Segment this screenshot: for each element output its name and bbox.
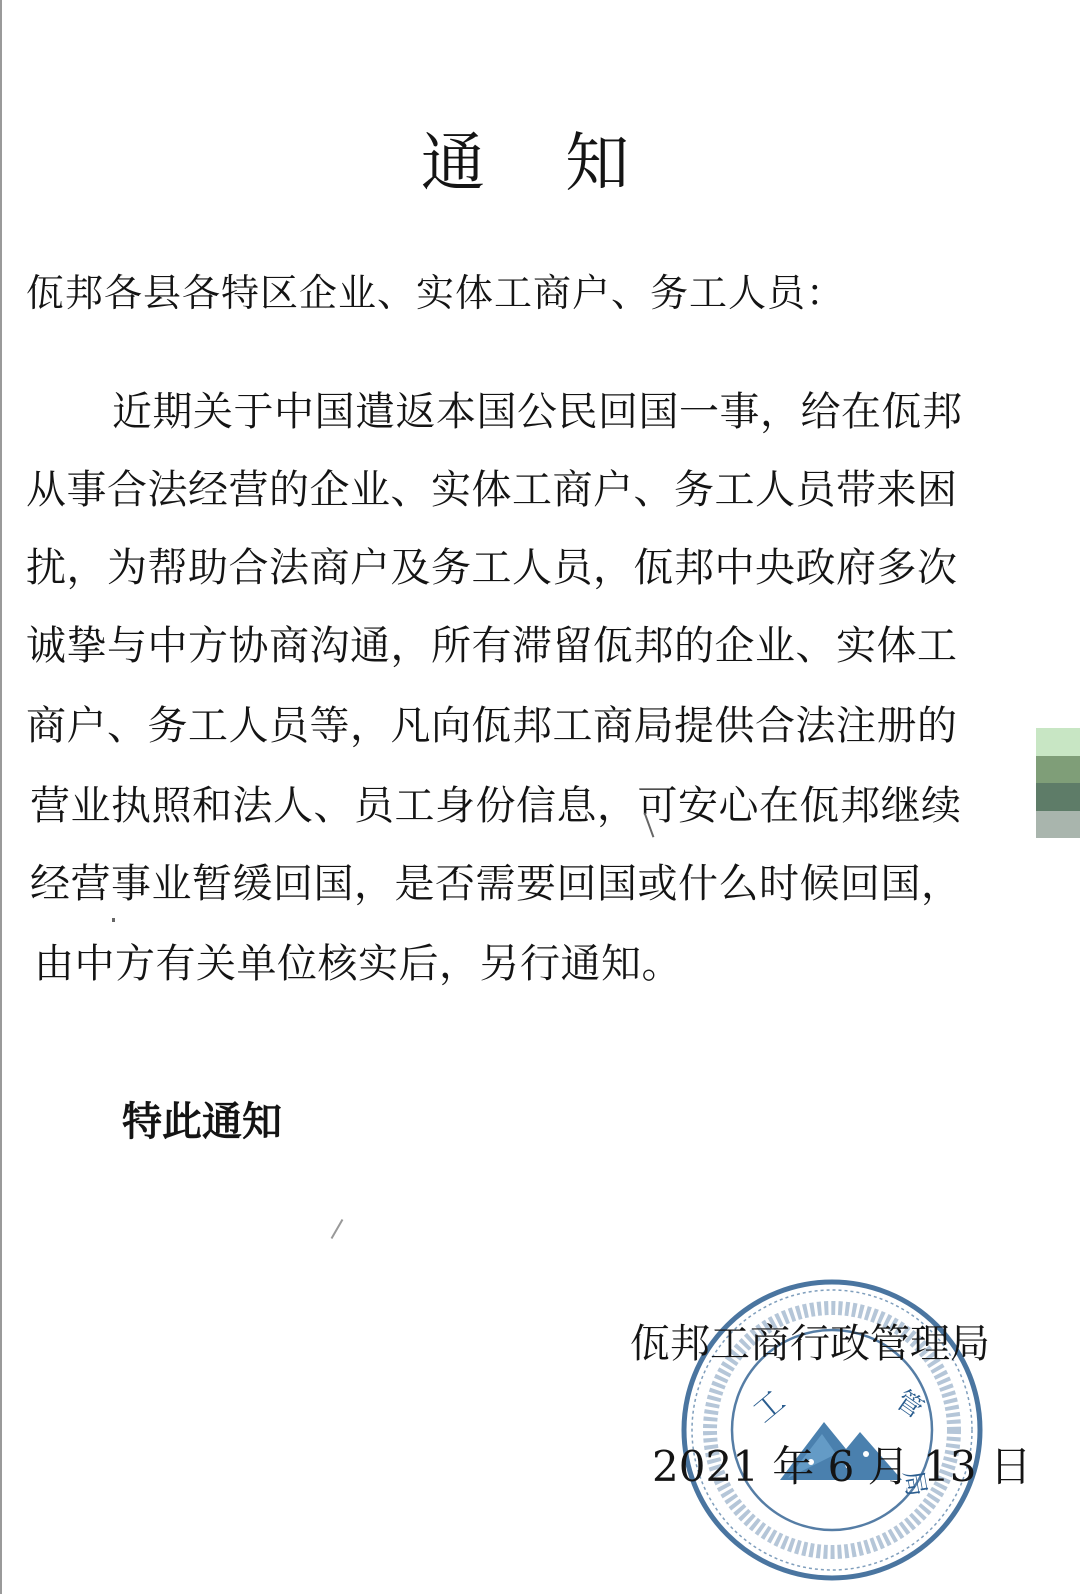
closing-phrase: 特此通知 xyxy=(122,1090,282,1147)
body-line: 诚挚与中方协商沟通，所有滞留佤邦的企业、实体工 xyxy=(26,614,958,671)
issue-date: 2021 年 6 月 13 日 xyxy=(652,1434,1032,1494)
body-line: 由中方有关单位核实后，另行通知。 xyxy=(34,932,682,989)
body-line: 扰，为帮助合法商户及务工人员，佤邦中央政府多次 xyxy=(26,536,958,593)
page-left-edge xyxy=(0,0,2,1594)
body-line: 经营事业暂缓回国，是否需要回国或什么时候回国， xyxy=(30,852,962,909)
issuing-authority: 佤邦工商行政管理局 xyxy=(630,1312,990,1369)
body-line: 近期关于中国遣返本国公民回国一事，给在佤邦 xyxy=(112,380,963,437)
salutation: 佤邦各县各特区企业、实体工商户、务工人员： xyxy=(26,262,845,317)
document-title: 通 知 xyxy=(0,112,1080,204)
body-line: 营业执照和法人、员工身份信息，可安心在佤邦继续 xyxy=(30,774,962,831)
svg-text:工: 工 xyxy=(747,1384,792,1430)
redacted-mosaic xyxy=(1036,728,1080,838)
body-line: 从事合法经营的企业、实体工商户、务工人员带来困 xyxy=(26,458,958,515)
svg-text:管: 管 xyxy=(890,1385,929,1424)
body-line: 商户、务工人员等，凡向佤邦工商局提供合法注册的 xyxy=(26,694,958,751)
